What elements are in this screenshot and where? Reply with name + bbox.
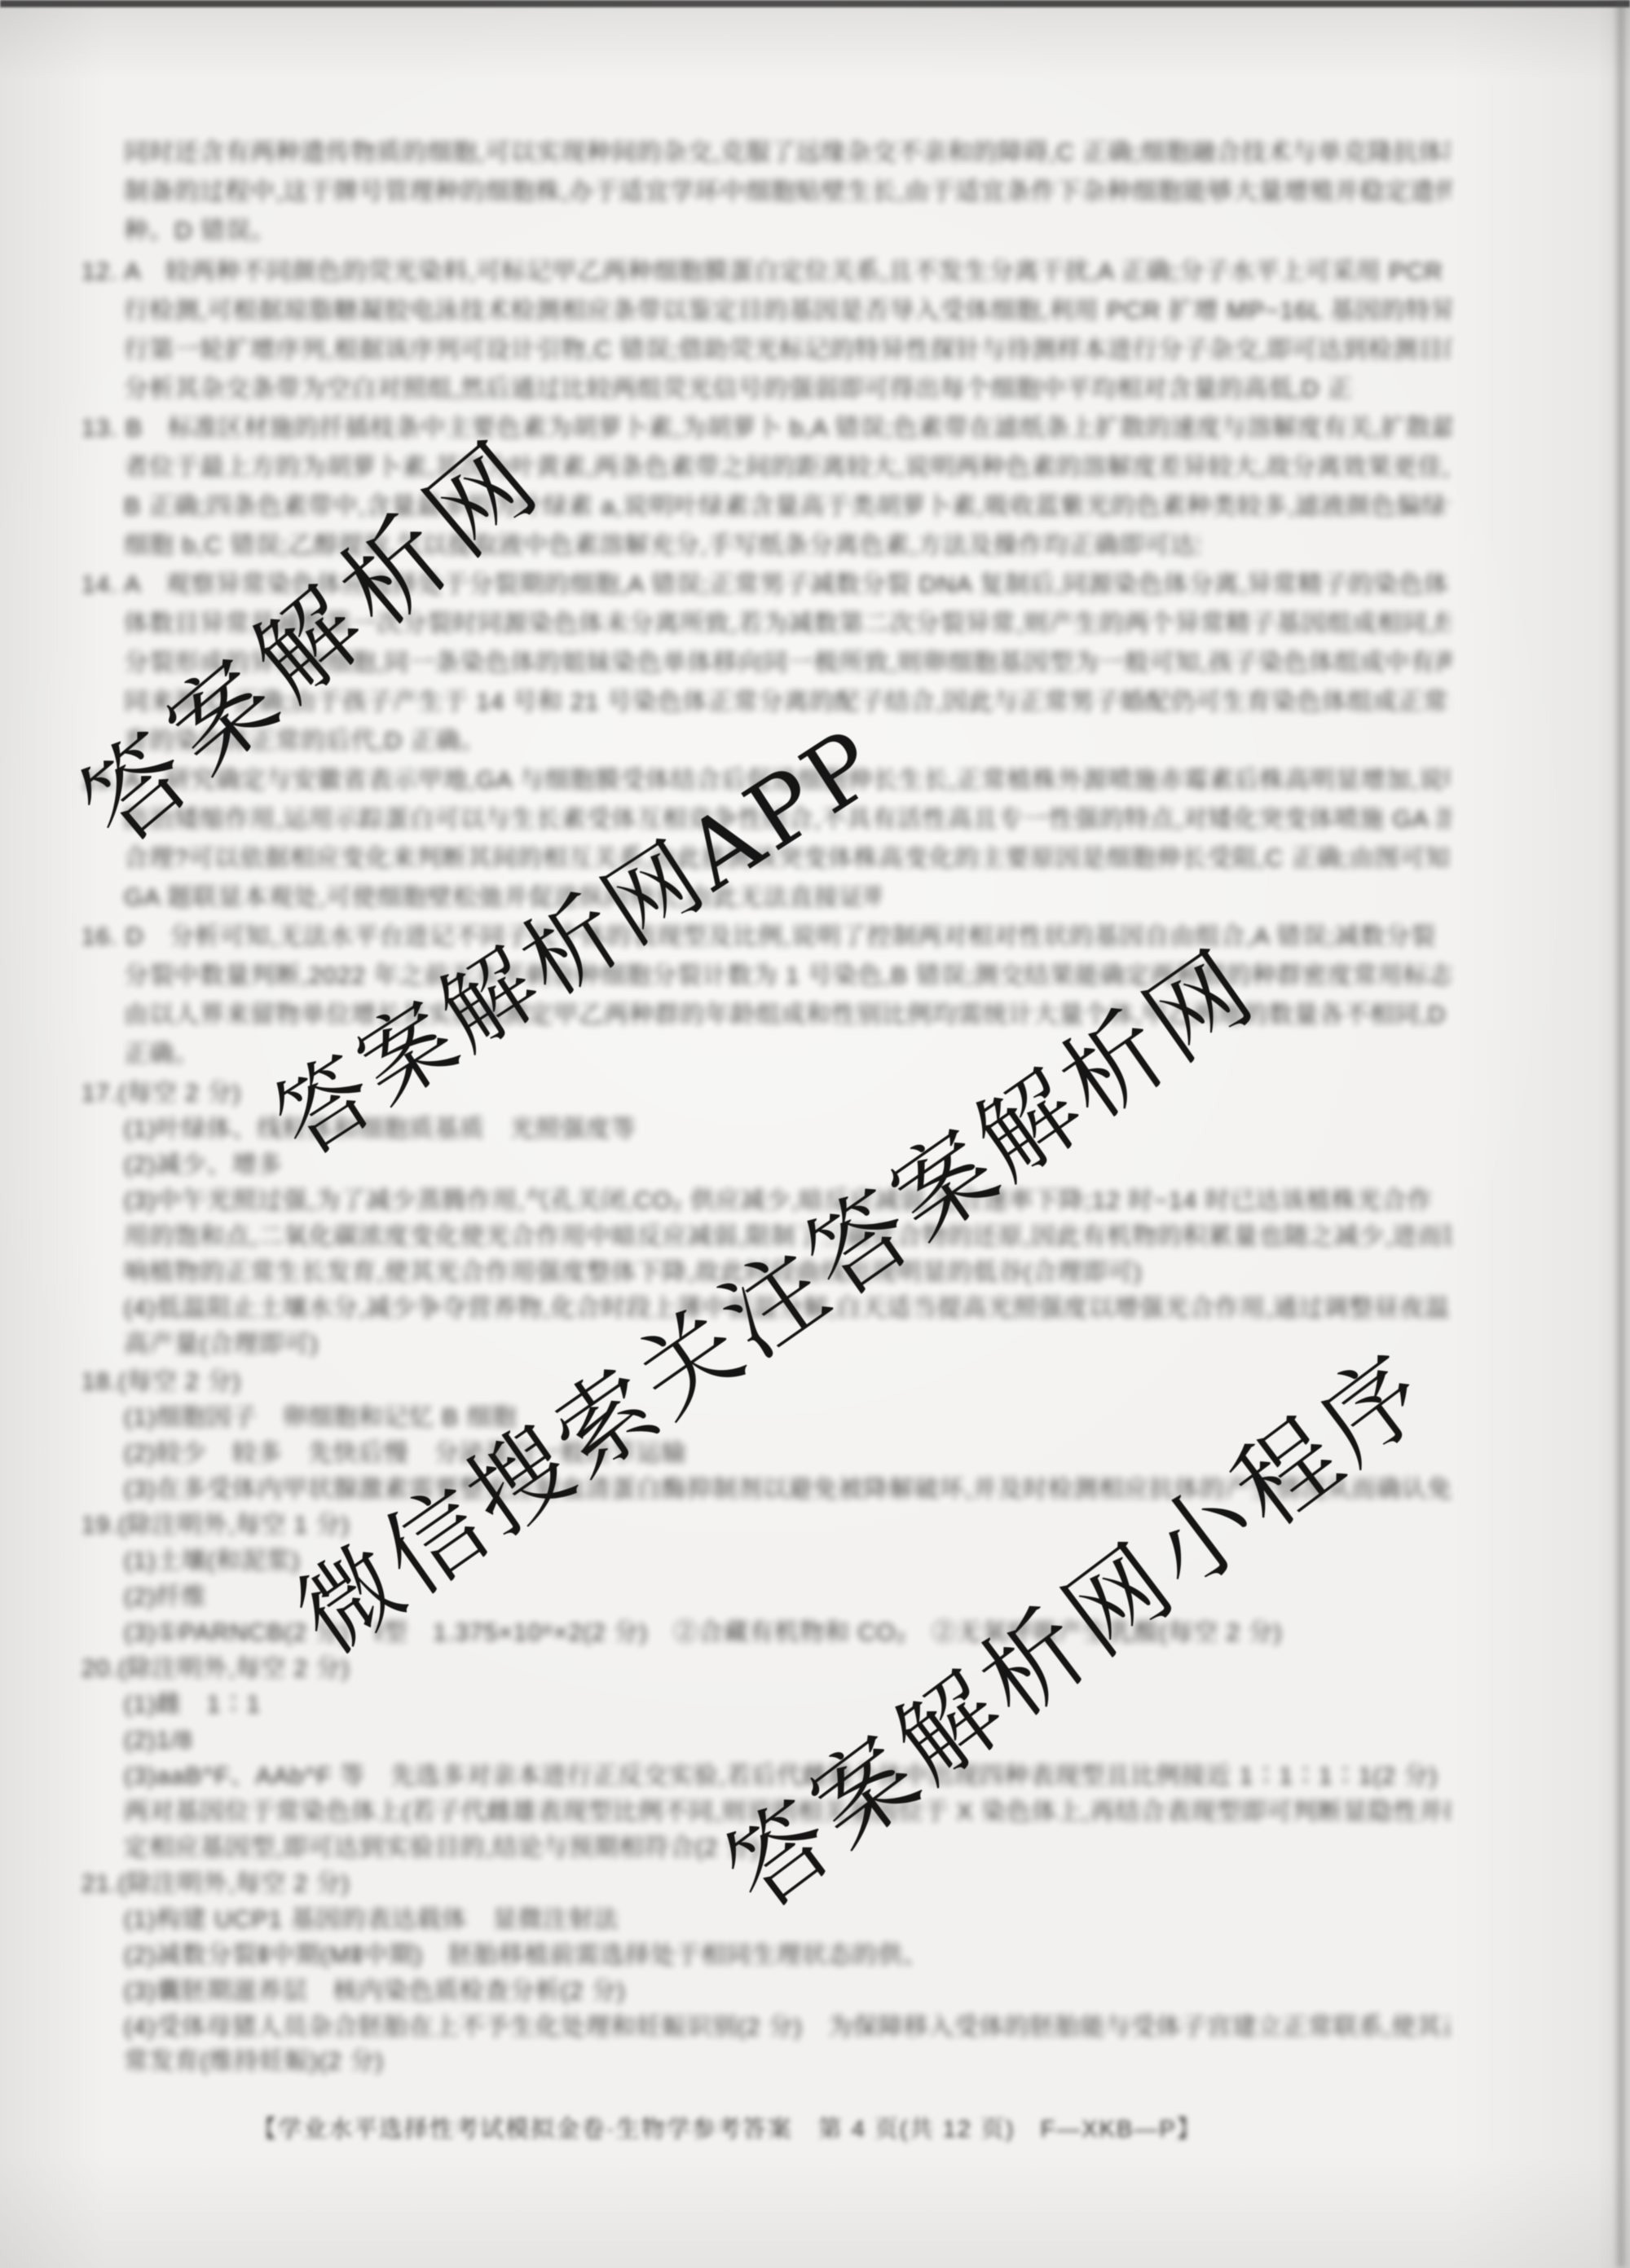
answer-item-line: 16. D 分析可知,无法水平台进记不同子代个体的表现型及比例,说明了控制两对相…: [81, 921, 1451, 953]
answer-text-line: 分析其杂交条带为空白对照组,然后通过比较两组荧光信号的强弱即可得出每个细胞中平均…: [124, 373, 1355, 406]
answer-text-line: (1)细胞因子 卵细胞和记忆 B 细胞: [124, 1402, 564, 1434]
answer-text-line: (3)①PARNCB(2 分) Ⅰ型 1.375×10⁸×2(2 分) ②合藏有…: [124, 1617, 1346, 1649]
answer-text-line: 育的染色体正常的后代,D 正确。: [124, 725, 597, 758]
answer-item-line: 21.(除注明外,每空 2 分): [81, 1868, 424, 1900]
answer-item-line: 19.(除注明外,每空 1 分): [81, 1509, 424, 1542]
answer-text-line: 正确。: [124, 1038, 222, 1071]
answer-text-line: GA 题联显本观处,可使细胞壁松弛并促进纵向伸长,由此无法直接证明,D 正确。: [124, 882, 882, 914]
answer-item-line: 15. A 研究确定与安徽省表示甲地,GA 与细胞膜受体结合后促进细胞伸长生长,…: [81, 764, 1451, 797]
answer-text-line: 响植物的正常生长发育,使其光合作用强度整体下降,故此时段曲线出现明显的低谷(合理…: [124, 1257, 1143, 1289]
answer-text-line: (1)土壤(和泥浆): [124, 1545, 368, 1578]
answer-item-line: 14. A 观察异常染色体应选择处于分裂期的细胞,A 错误;正常男子减数分裂 D…: [81, 569, 1451, 601]
answer-text-line: 分裂形成的异常卵细胞,同一条染色体的姐妹染色单体移向同一极所致,则卵细胞基因型为…: [124, 647, 1451, 680]
answer-text-line: (3)在多受体内甲状腺激素需要整充注射血清蛋白酶抑制剂以避免被降解破坏,并及时检…: [124, 1473, 1451, 1506]
answer-item-line: 12. A 较两种不同颜色的荧光染料,可标记甲乙两种细胞膜蛋白定位关系,且不发生…: [81, 256, 1451, 288]
answer-text-line: (2)较少 较多 先快后慢 分泌蛋白一般经节运输: [124, 1438, 841, 1470]
answer-text-line: 者位于最上方的为胡萝卜素,其次为叶黄素,两条色素带之间的距离较大,说明两种色素的…: [124, 451, 1451, 484]
page-footer: 【学业水平选择性考试模拟金卷·生物学参考答案 第 4 页(共 12 页) F—X…: [253, 2111, 1202, 2144]
answer-text-line: 定相应基因型,即可达到实验目的,结论与预期相符合(2 分): [124, 1832, 1346, 1865]
scanned-answer-sheet-page: 同时还含有两种遗传物质的细胞,可以实现种间的杂交,克服了远缘杂交不亲和的障碍,C…: [0, 0, 1630, 2268]
answer-text-line: 由以人界来留物单位增长其实质强测定甲乙两种群的年龄组成和性别比例均需统计大量个体…: [124, 999, 1451, 1032]
answer-text-line: (2)减少、增多: [124, 1149, 328, 1182]
answer-text-line: (2)1/8: [124, 1724, 254, 1757]
answer-text-line: (2)减数分裂Ⅱ中期(MⅡ中期) 胚胎移植前需选择处于相同生理状态的供、受体(2…: [124, 1940, 923, 1972]
answer-text-line: (2)纤维: [124, 1581, 254, 1614]
answer-text-line: 细胞 b,C 错误;乙醇提取,气以提取液中色素溶解充分,手写纸条分离色素,方法及…: [124, 530, 1200, 562]
body-text: 同时还含有两种遗传物质的细胞,可以实现种间的杂交,克服了远缘杂交不亲和的障碍,C…: [0, 0, 1630, 2268]
answer-text-line: (3)aaB^F、AAb^F 等 先选多对亲本进行正反交实验,若后代雌雄个体中出…: [124, 1760, 1451, 1793]
answer-text-line: 用的饱和点,二氧化碳浓度变化使光合作用中暗反应减弱,限制了三碳化合物的还原,因此…: [124, 1221, 1451, 1253]
answer-text-line: 种。D 错误。: [124, 215, 295, 248]
answer-text-line: (4)低温阻止土壤水分,减少争夺营养物,化合时段上薄中低温分解,白天适当提高光照…: [124, 1293, 1451, 1325]
answer-text-line: 分裂中数量判断,2022 年之前无本平刺杂种细胞分裂计数为 1 号染色,B 错误…: [124, 960, 1451, 993]
answer-text-line: (3)囊胚期滋养层 核内染色质检查分析(2 分): [124, 1975, 678, 2008]
answer-item-line: 17.(每空 2 分): [81, 1077, 350, 1110]
answer-text-line: 行检测,可根据琼脂糖凝胶电泳技术检测相应条带以鉴定目的基因是否导入受体细胞,利用…: [124, 295, 1451, 328]
answer-text-line: 行第一轮扩增序列,根据该序列可设计引物,C 错误;借助荧光标记的特异性探针与待测…: [124, 334, 1451, 367]
answer-text-line: 制备的过程中,这于牌号管理种的细胞株,办于适宜学环中细胞贴壁生长,由于适宜条件下…: [124, 176, 1451, 209]
answer-text-line: 防治矮缩作用,运用示踪蛋白可以与生长素受体互相竞争性结合,不具有活性高且专一性强…: [124, 804, 1451, 836]
answer-text-line: (1)雌 1∶1: [124, 1689, 344, 1721]
answer-text-line: (3)中午光照过强,为了减少蒸腾作用,气孔关闭,CO₂ 供应减少,暗反应减弱,光…: [124, 1185, 1451, 1218]
answer-item-line: 20.(除注明外,每空 2 分): [81, 1653, 424, 1685]
answer-text-line: (1)叶绿体、线粒体和细胞质基质 光照强度等: [124, 1113, 645, 1146]
answer-text-line: B 正确;四条色素带中,含量最多的为叶绿素 a,说明叶绿素含量高于类胡萝卜素,吸…: [124, 491, 1451, 523]
answer-text-line: (1)构建 UCP1 基因的表达载体 显微注射法: [124, 1904, 678, 1936]
answer-text-line: 体数目异常是减数第一次分裂时同源染色体未分离所致,若为减数第二次分裂异常,则产生…: [124, 608, 1451, 641]
answer-item-line: 13. B 标准区材施的扦插枝条中主要色素为胡萝卜素,为胡萝卜 b,A 错误;色…: [81, 412, 1451, 445]
answer-text-line: 同来源,C 正确;由于孩子产生于 14 号和 21 号染色体正常分离的配子结合,…: [124, 686, 1451, 719]
answer-item-line: 18.(每空 2 分): [81, 1366, 350, 1398]
answer-text-line: 两对基因位于常染色体上(若子代雌雄表现型比例不同,则说明相关基因位于 X 染色体…: [124, 1796, 1451, 1829]
answer-text-line: (4)受体母猪人员杂合胚胎在上不予生化处理和妊娠识别(2 分) 为保障移入受体的…: [124, 2011, 1451, 2044]
answer-text-line: 常发育(维持妊娠)(2 分): [124, 2046, 450, 2078]
answer-text-line: 合理?可以依据相应变化来判断其间的相互关系,由此推测该突变体株高变化的主要原因是…: [124, 843, 1451, 875]
answer-text-line: 高产量(合理即可): [124, 1328, 401, 1361]
answer-text-line: 同时还含有两种遗传物质的细胞,可以实现种间的杂交,克服了远缘杂交不亲和的障碍,C…: [124, 137, 1451, 170]
